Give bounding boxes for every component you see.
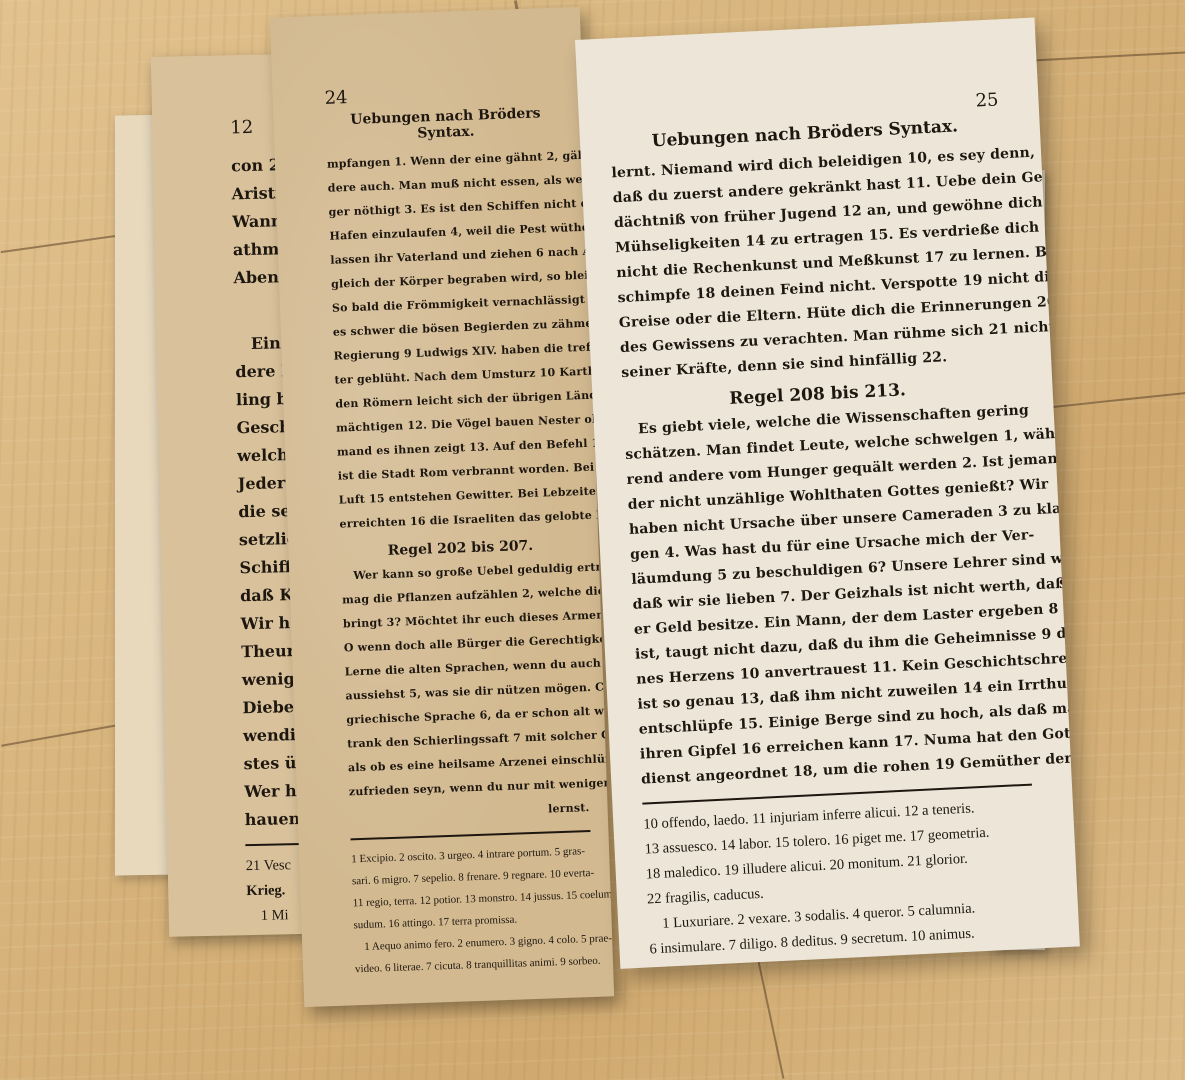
body-text-after-rule: Wer kann so große Uebel geduldig ertrage… xyxy=(341,556,590,828)
page-24: 24 Uebungen nach Bröders Syntax. mpfange… xyxy=(270,7,614,1007)
body-text-after-rule: Es giebt viele, welche die Wissenschafte… xyxy=(624,399,1032,793)
footnotes: 10 offendo, laedo. 11 injuriam inferre a… xyxy=(643,794,1044,969)
body-text: mpfangen 1. Wenn der eine gähnt 2, gähnt… xyxy=(327,144,580,536)
footnote-rule xyxy=(351,830,591,840)
page-number: 24 xyxy=(324,79,565,108)
footnotes: 1 Excipio. 2 oscito. 3 urgeo. 4 intrare … xyxy=(351,840,595,980)
running-head: Uebungen nach Bröders Syntax. xyxy=(325,104,566,144)
body-text: lernt. Niemand wird dich beleidigen 10, … xyxy=(611,142,1012,386)
page-25: 25 Uebungen nach Bröders Syntax. lernt. … xyxy=(575,18,1080,969)
